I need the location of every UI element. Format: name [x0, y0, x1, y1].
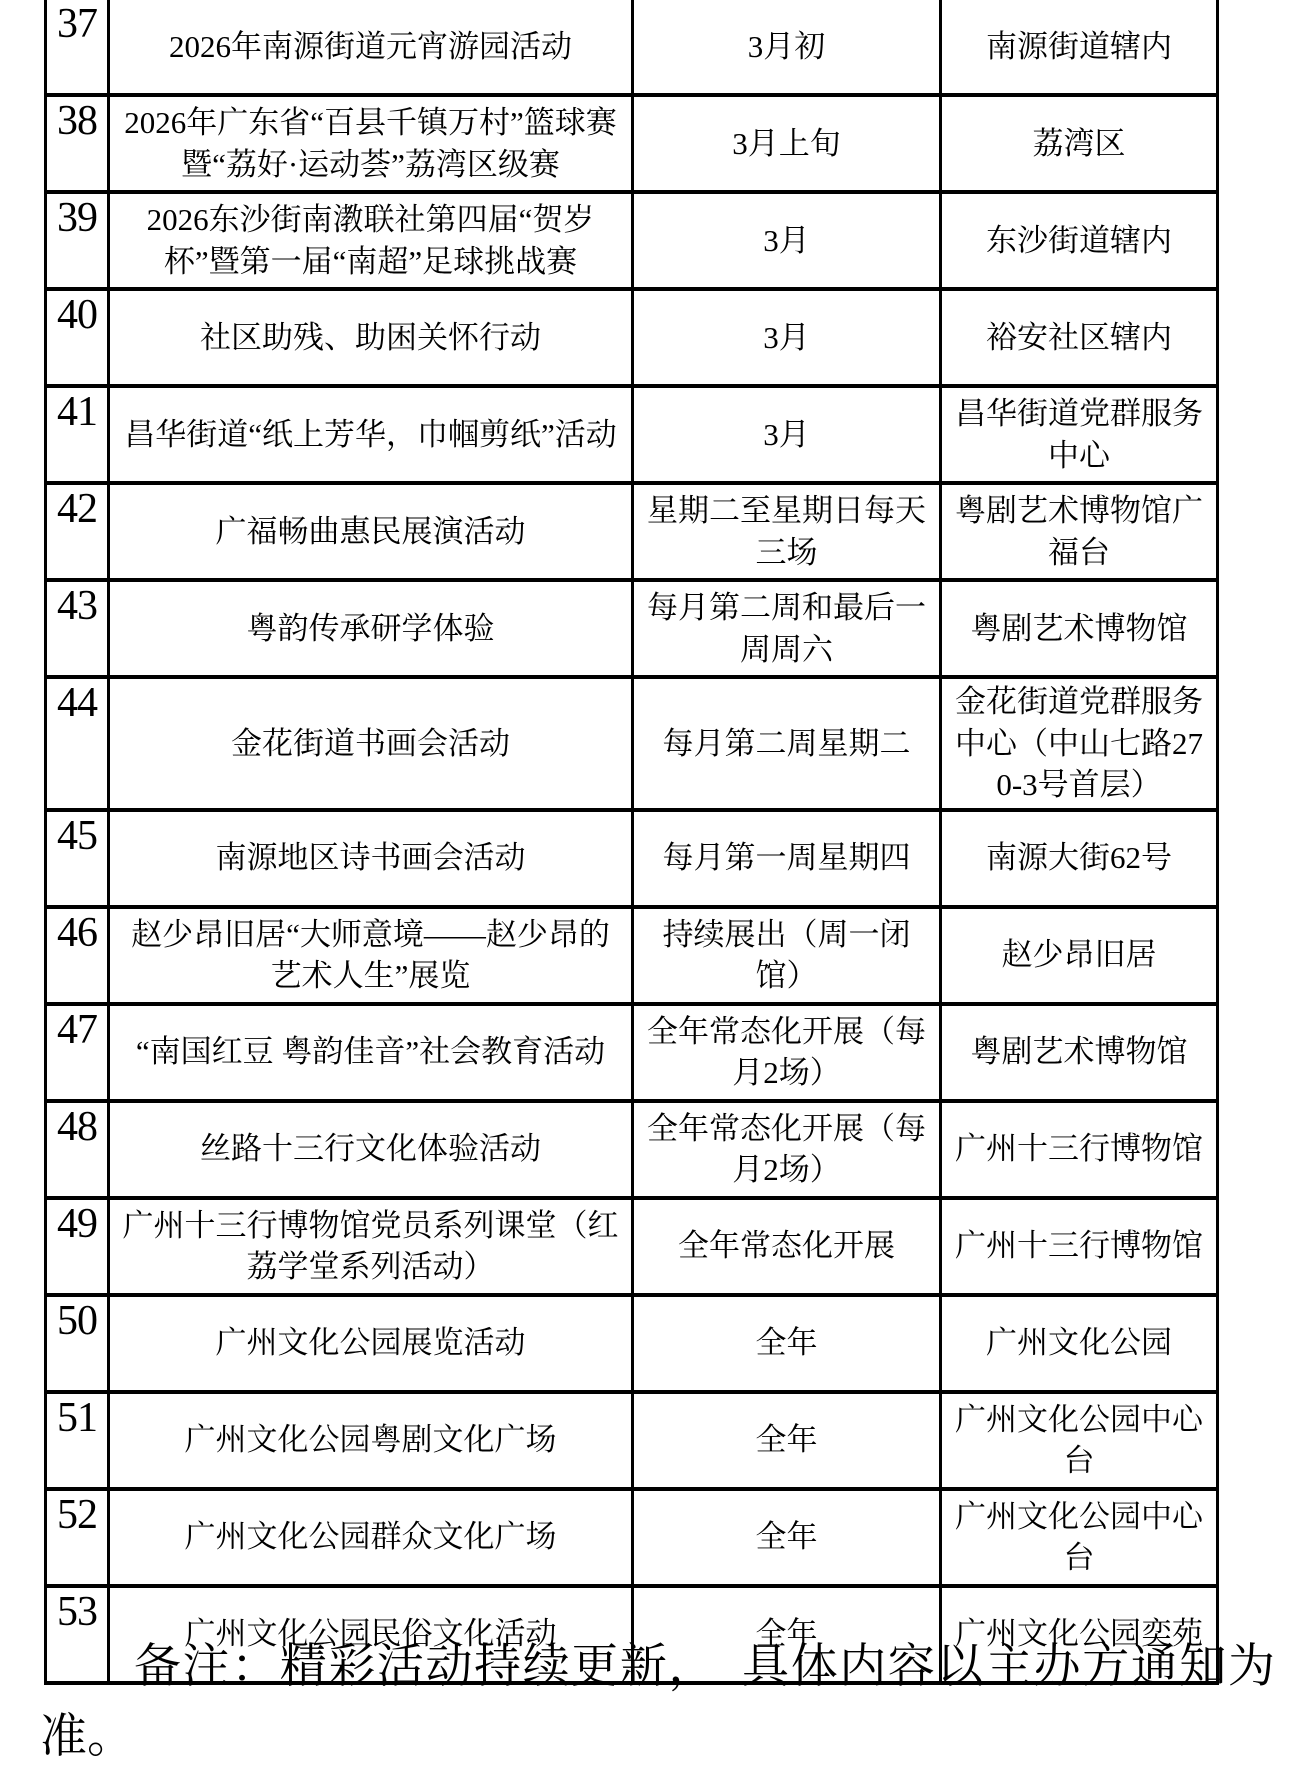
activity-location: 广州文化公园中心台: [941, 1489, 1218, 1586]
row-number: 38: [46, 95, 109, 192]
page-root: { "page": { "background_color": "#ffffff…: [0, 0, 1289, 1778]
table-row: 42 广福畅曲惠民展演活动 星期二至星期日每天三场 粤剧艺术博物馆广福台: [46, 483, 1218, 580]
activity-name: 2026年南源街道元宵游园活动: [109, 0, 633, 95]
table-row: 49 广州十三行博物馆党员系列课堂（红荔学堂系列活动） 全年常态化开展 广州十三…: [46, 1198, 1218, 1295]
activity-time: 3月初: [633, 0, 941, 95]
activity-time: 每月第二周星期二: [633, 677, 941, 810]
table-row: 51 广州文化公园粤剧文化广场 全年 广州文化公园中心台: [46, 1392, 1218, 1489]
activity-time: 全年: [633, 1392, 941, 1489]
activity-name: 2026东沙街南漖联社第四届“贺岁杯”暨第一届“南超”足球挑战赛: [109, 192, 633, 289]
activity-location: 荔湾区: [941, 95, 1218, 192]
activity-name: 广福畅曲惠民展演活动: [109, 483, 633, 580]
activity-location: 裕安社区辖内: [941, 289, 1218, 386]
activity-location: 广州文化公园中心台: [941, 1392, 1218, 1489]
activity-time: 全年常态化开展: [633, 1198, 941, 1295]
activity-location: 广州文化公园: [941, 1295, 1218, 1392]
activity-name: 广州十三行博物馆党员系列课堂（红荔学堂系列活动）: [109, 1198, 633, 1295]
table-row: 45 南源地区诗书画会活动 每月第一周星期四 南源大街62号: [46, 810, 1218, 907]
activity-time: 全年: [633, 1295, 941, 1392]
activity-location: 粤剧艺术博物馆广福台: [941, 483, 1218, 580]
activity-name: 2026年广东省“百县千镇万村”篮球赛暨“荔好·运动荟”荔湾区级赛: [109, 95, 633, 192]
row-number: 49: [46, 1198, 109, 1295]
table-row: 44 金花街道书画会活动 每月第二周星期二 金花街道党群服务中心（中山七路270…: [46, 677, 1218, 810]
activity-name: 社区助残、助困关怀行动: [109, 289, 633, 386]
row-number: 51: [46, 1392, 109, 1489]
row-number: 46: [46, 907, 109, 1004]
row-number: 37: [46, 0, 109, 95]
activity-time: 星期二至星期日每天三场: [633, 483, 941, 580]
activity-time: 全年常态化开展（每月2场）: [633, 1101, 941, 1198]
activity-name: 南源地区诗书画会活动: [109, 810, 633, 907]
row-number: 40: [46, 289, 109, 386]
activity-time: 每月第一周星期四: [633, 810, 941, 907]
table-row: 37 2026年南源街道元宵游园活动 3月初 南源街道辖内: [46, 0, 1218, 95]
row-number: 43: [46, 580, 109, 677]
row-number: 45: [46, 810, 109, 907]
table-row: 41 昌华街道“纸上芳华，巾帼剪纸”活动 3月 昌华街道党群服务中心: [46, 386, 1218, 483]
table-row: 39 2026东沙街南漖联社第四届“贺岁杯”暨第一届“南超”足球挑战赛 3月 东…: [46, 192, 1218, 289]
table-row: 46 赵少昂旧居“大师意境——赵少昂的艺术人生”展览 持续展出（周一闭馆） 赵少…: [46, 907, 1218, 1004]
activity-name: 赵少昂旧居“大师意境——赵少昂的艺术人生”展览: [109, 907, 633, 1004]
activity-time: 3月: [633, 386, 941, 483]
row-number: 47: [46, 1004, 109, 1101]
activity-location: 粤剧艺术博物馆: [941, 1004, 1218, 1101]
footer-note: 备注：精彩活动持续更新， 具体内容以主办方通知为准。: [40, 1632, 1275, 1771]
activity-name: 广州文化公园展览活动: [109, 1295, 633, 1392]
table-row: 52 广州文化公园群众文化广场 全年 广州文化公园中心台: [46, 1489, 1218, 1586]
activity-name: 金花街道书画会活动: [109, 677, 633, 810]
activity-location: 赵少昂旧居: [941, 907, 1218, 1004]
table-row: 43 粤韵传承研学体验 每月第二周和最后一周周六 粤剧艺术博物馆: [46, 580, 1218, 677]
table-row: 38 2026年广东省“百县千镇万村”篮球赛暨“荔好·运动荟”荔湾区级赛 3月上…: [46, 95, 1218, 192]
activity-time: 每月第二周和最后一周周六: [633, 580, 941, 677]
activity-name: 丝路十三行文化体验活动: [109, 1101, 633, 1198]
activity-name: 昌华街道“纸上芳华，巾帼剪纸”活动: [109, 386, 633, 483]
activity-location: 昌华街道党群服务中心: [941, 386, 1218, 483]
activity-location: 南源街道辖内: [941, 0, 1218, 95]
activity-location: 广州十三行博物馆: [941, 1101, 1218, 1198]
table-row: 48 丝路十三行文化体验活动 全年常态化开展（每月2场） 广州十三行博物馆: [46, 1101, 1218, 1198]
table-row: 40 社区助残、助困关怀行动 3月 裕安社区辖内: [46, 289, 1218, 386]
activity-time: 3月: [633, 289, 941, 386]
row-number: 48: [46, 1101, 109, 1198]
activity-name: 广州文化公园粤剧文化广场: [109, 1392, 633, 1489]
table-row: 50 广州文化公园展览活动 全年 广州文化公园: [46, 1295, 1218, 1392]
activities-table-body: 37 2026年南源街道元宵游园活动 3月初 南源街道辖内 38 2026年广东…: [46, 0, 1218, 1683]
activity-time: 持续展出（周一闭馆）: [633, 907, 941, 1004]
activity-location: 广州十三行博物馆: [941, 1198, 1218, 1295]
activity-time: 3月: [633, 192, 941, 289]
row-number: 52: [46, 1489, 109, 1586]
activity-name: 粤韵传承研学体验: [109, 580, 633, 677]
activity-name: “南国红豆 粤韵佳音”社会教育活动: [109, 1004, 633, 1101]
row-number: 41: [46, 386, 109, 483]
activity-location: 粤剧艺术博物馆: [941, 580, 1218, 677]
row-number: 44: [46, 677, 109, 810]
row-number: 42: [46, 483, 109, 580]
row-number: 50: [46, 1295, 109, 1392]
activity-name: 广州文化公园群众文化广场: [109, 1489, 633, 1586]
activity-location: 东沙街道辖内: [941, 192, 1218, 289]
activity-time: 3月上旬: [633, 95, 941, 192]
table-row: 47 “南国红豆 粤韵佳音”社会教育活动 全年常态化开展（每月2场） 粤剧艺术博…: [46, 1004, 1218, 1101]
activity-location: 南源大街62号: [941, 810, 1218, 907]
activity-location: 金花街道党群服务中心（中山七路270-3号首层）: [941, 677, 1218, 810]
activity-time: 全年常态化开展（每月2场）: [633, 1004, 941, 1101]
activities-table: 37 2026年南源街道元宵游园活动 3月初 南源街道辖内 38 2026年广东…: [44, 0, 1219, 1685]
row-number: 39: [46, 192, 109, 289]
activity-time: 全年: [633, 1489, 941, 1586]
